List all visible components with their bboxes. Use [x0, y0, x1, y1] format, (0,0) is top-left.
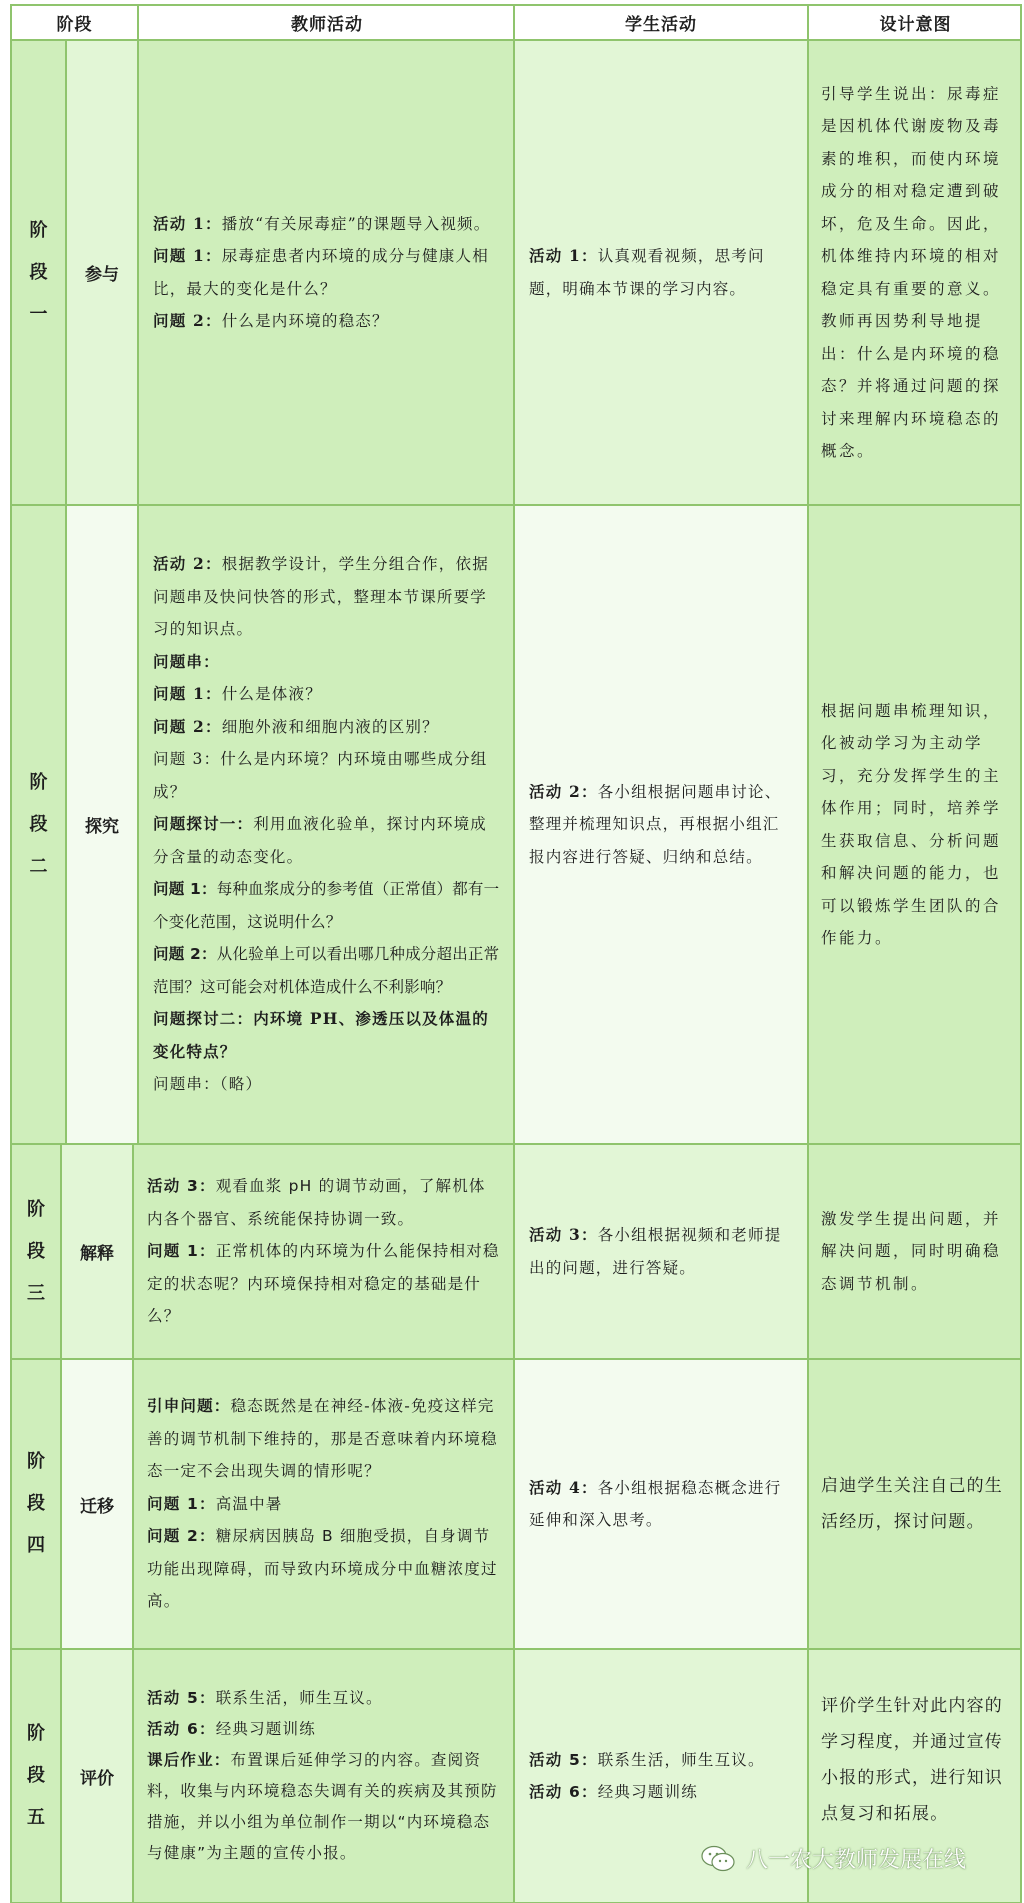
design-text: 评价学生针对此内容的学习程度，并通过宣传小报的形式，进行知识点复习和拓展。	[821, 1688, 1010, 1832]
header-stage: 阶段	[10, 6, 137, 39]
watermark: 八一农大教师发展在线	[700, 1843, 966, 1874]
phase-label: 参与	[85, 260, 119, 285]
stage-label: 阶 段 四	[24, 1441, 48, 1567]
stage-label: 阶 段 一	[27, 210, 51, 336]
design-text: 启迪学生关注自己的生活经历，探讨问题。	[821, 1468, 1010, 1540]
stage-label: 阶 段 三	[24, 1189, 48, 1315]
teacher-activity-cell: 引申问题：稳态既然是在神经-体液-免疫这样完善的调节机制下维持的，那是否意味着内…	[132, 1360, 513, 1648]
table-row-stage-3: 阶 段 三 解释 活动 3：观看血浆 pH 的调节动画，了解机体内各个器官、系统…	[10, 1145, 1022, 1360]
stage-cell: 阶 段 二	[10, 506, 65, 1143]
teacher-item: 问题 2：什么是内环境的稳态？	[153, 305, 501, 338]
teacher-item: 问题探讨二：内环境 PH、渗透压以及体温的变化特点？	[153, 1003, 501, 1068]
student-item: 活动 2：各小组根据问题串讨论、整理并梳理知识点，再根据小组汇报内容进行答疑、归…	[529, 776, 793, 874]
student-item: 活动 5：联系生活，师生互议。	[529, 1744, 765, 1777]
phase-label: 评价	[80, 1764, 114, 1789]
student-activity-cell: 活动 2：各小组根据问题串讨论、整理并梳理知识点，再根据小组汇报内容进行答疑、归…	[513, 506, 807, 1143]
table-row-stage-4: 阶 段 四 迁移 引申问题：稳态既然是在神经-体液-免疫这样完善的调节机制下维持…	[10, 1360, 1022, 1650]
table-header-row: 阶段 教师活动 学生活动 设计意图	[10, 4, 1022, 41]
teacher-item: 课后作业：布置课后延伸学习的内容。查阅资料，收集与内环境稳态失调有关的疾病及其预…	[147, 1745, 501, 1869]
phase-cell: 评价	[60, 1650, 132, 1902]
phase-cell: 参与	[65, 41, 137, 504]
teacher-item: 问题 1：每种血浆成分的参考值（正常值）都有一个变化范围，这说明什么？	[153, 873, 501, 938]
teacher-item: 活动 3：观看血浆 pH 的调节动画，了解机体内各个器官、系统能保持协调一致。	[147, 1170, 501, 1235]
design-intent-cell: 根据问题串梳理知识，化被动学习为主动学习，充分发挥学生的主体作用；同时，培养学生…	[807, 506, 1022, 1143]
teacher-activity-cell: 活动 2：根据教学设计，学生分组合作，依据问题串及快问快答的形式，整理本节课所要…	[137, 506, 513, 1143]
teacher-item: 问题 1：什么是体液？	[153, 678, 501, 711]
header-teacher-activity: 教师活动	[137, 6, 513, 39]
teacher-item: 活动 1：播放“有关尿毒症”的课题导入视频。	[153, 208, 501, 241]
teacher-item: 活动 6：经典习题训练	[147, 1714, 501, 1745]
student-item: 活动 1：认真观看视频，思考问题，明确本节课的学习内容。	[529, 240, 793, 305]
design-text: 根据问题串梳理知识，化被动学习为主动学习，充分发挥学生的主体作用；同时，培养学生…	[821, 695, 1010, 955]
design-text: 引导学生说出：尿毒症是因机体代谢废物及毒素的堆积，而使内环境成分的相对稳定遭到破…	[821, 78, 1010, 468]
design-intent-cell: 引导学生说出：尿毒症是因机体代谢废物及毒素的堆积，而使内环境成分的相对稳定遭到破…	[807, 41, 1022, 504]
student-item: 活动 3：各小组根据视频和老师提出的问题，进行答疑。	[529, 1219, 793, 1284]
lesson-plan-table: 阶段 教师活动 学生活动 设计意图 阶 段 一 参与 活动 1：播放“有关尿毒症…	[10, 4, 1022, 1903]
teacher-item: 问题探讨一：利用血液化验单，探讨内环境成分含量的动态变化。	[153, 808, 501, 873]
table-row-stage-2: 阶 段 二 探究 活动 2：根据教学设计，学生分组合作，依据问题串及快问快答的形…	[10, 506, 1022, 1145]
teacher-activity-cell: 活动 5：联系生活，师生互议。 活动 6：经典习题训练 课后作业：布置课后延伸学…	[132, 1650, 513, 1902]
phase-cell: 解释	[60, 1145, 132, 1358]
stage-label: 阶 段 二	[27, 762, 51, 888]
student-activity-cell: 活动 3：各小组根据视频和老师提出的问题，进行答疑。	[513, 1145, 807, 1358]
teacher-item: 问题串：	[153, 646, 501, 679]
watermark-text: 八一农大教师发展在线	[746, 1843, 966, 1874]
design-intent-cell: 启迪学生关注自己的生活经历，探讨问题。	[807, 1360, 1022, 1648]
design-intent-cell: 激发学生提出问题，并解决问题，同时明确稳态调节机制。	[807, 1145, 1022, 1358]
teacher-item: 活动 2：根据教学设计，学生分组合作，依据问题串及快问快答的形式，整理本节课所要…	[153, 548, 501, 646]
teacher-item: 问题 2：细胞外液和细胞内液的区别？	[153, 711, 501, 744]
wechat-icon	[700, 1845, 736, 1873]
phase-label: 探究	[85, 812, 119, 837]
phase-label: 迁移	[80, 1492, 114, 1517]
student-item: 活动 4：各小组根据稳态概念进行延伸和深入思考。	[529, 1472, 793, 1537]
design-text: 激发学生提出问题，并解决问题，同时明确稳态调节机制。	[821, 1203, 1010, 1301]
stage-cell: 阶 段 三	[10, 1145, 60, 1358]
table-row-stage-1: 阶 段 一 参与 活动 1：播放“有关尿毒症”的课题导入视频。 问题 1：尿毒症…	[10, 41, 1022, 506]
stage-cell: 阶 段 一	[10, 41, 65, 504]
teacher-activity-cell: 活动 3：观看血浆 pH 的调节动画，了解机体内各个器官、系统能保持协调一致。 …	[132, 1145, 513, 1358]
phase-cell: 迁移	[60, 1360, 132, 1648]
student-activity-cell: 活动 4：各小组根据稳态概念进行延伸和深入思考。	[513, 1360, 807, 1648]
teacher-item: 问题串：（略）	[153, 1068, 501, 1101]
teacher-item: 问题 1：正常机体的内环境为什么能保持相对稳定的状态呢？内环境保持相对稳定的基础…	[147, 1235, 501, 1333]
header-design-intent: 设计意图	[807, 6, 1022, 39]
student-item: 活动 6：经典习题训练	[529, 1776, 765, 1809]
phase-label: 解释	[80, 1239, 114, 1264]
stage-cell: 阶 段 四	[10, 1360, 60, 1648]
teacher-item: 问题 1：高温中暑	[147, 1488, 501, 1521]
teacher-item: 活动 5：联系生活，师生互议。	[147, 1683, 501, 1714]
teacher-item: 问题 2：糖尿病因胰岛 B 细胞受损，自身调节功能出现障碍，而导致内环境成分中血…	[147, 1520, 501, 1618]
header-student-activity: 学生活动	[513, 6, 807, 39]
teacher-item: 问题 1：尿毒症患者内环境的成分与健康人相比，最大的变化是什么？	[153, 240, 501, 305]
teacher-item: 问题 2：从化验单上可以看出哪几种成分超出正常范围？这可能会对机体造成什么不利影…	[153, 938, 501, 1003]
student-activity-cell: 活动 1：认真观看视频，思考问题，明确本节课的学习内容。	[513, 41, 807, 504]
stage-label: 阶 段 五	[24, 1713, 48, 1839]
phase-cell: 探究	[65, 506, 137, 1143]
teacher-item: 引申问题：稳态既然是在神经-体液-免疫这样完善的调节机制下维持的，那是否意味着内…	[147, 1390, 501, 1488]
teacher-activity-cell: 活动 1：播放“有关尿毒症”的课题导入视频。 问题 1：尿毒症患者内环境的成分与…	[137, 41, 513, 504]
teacher-item: 问题 3：什么是内环境？内环境由哪些成分组成？	[153, 743, 501, 808]
stage-cell: 阶 段 五	[10, 1650, 60, 1902]
